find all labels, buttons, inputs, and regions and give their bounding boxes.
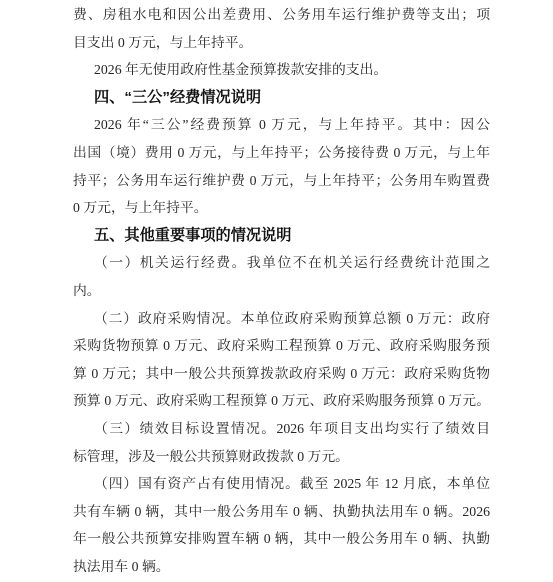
text-line: 2026 年无使用政府性基金预算拨款安排的支出。	[73, 56, 490, 84]
text-line: （三）绩效目标设置情况。2026 年项目支出均实行了绩效目	[73, 415, 490, 443]
document-page: 费、房租水电和因公出差费用、公务用车运行维护费等支出；项目支出 0 万元，与上年…	[0, 0, 553, 582]
text-line: 采购货物预算 0 万元、政府采购工程预算 0 万元、政府采购服务预	[73, 332, 490, 360]
text-line: 执法用车 0 辆。	[73, 553, 490, 581]
text-line: 共有车辆 0 辆，其中一般公务用车 0 辆、执勤执法用车 0 辆。2026	[73, 498, 490, 526]
text-line: 年一般公共预算安排购置车辆 0 辆，其中一般公务用车 0 辆、执勤	[73, 525, 490, 553]
text-line: 0 万元，与上年持平。	[73, 194, 490, 222]
text-line: 标管理，涉及一般公共预算财政拨款 0 万元。	[73, 443, 490, 471]
text-line: （一）机关运行经费。我单位不在机关运行经费统计范围之	[73, 249, 490, 277]
section-heading: 五、其他重要事项的情况说明	[73, 222, 490, 250]
document-body: 费、房租水电和因公出差费用、公务用车运行维护费等支出；项目支出 0 万元，与上年…	[73, 1, 490, 580]
text-line: 内。	[73, 277, 490, 305]
section-heading: 四、“三公”经费情况说明	[73, 84, 490, 112]
text-line: 目支出 0 万元，与上年持平。	[73, 29, 490, 57]
text-line: 算 0 万元；其中一般公共预算拨款政府采购 0 万元：政府采购货物	[73, 360, 490, 388]
text-line: 出国（境）费用 0 万元，与上年持平；公务接待费 0 万元，与上年	[73, 139, 490, 167]
text-line: 预算 0 万元、政府采购工程预算 0 万元、政府采购服务预算 0 万元。	[73, 387, 490, 415]
text-line: （二）政府采购情况。本单位政府采购预算总额 0 万元：政府	[73, 305, 490, 333]
text-line: 2026 年“三公”经费预算 0 万元，与上年持平。其中：因公	[73, 111, 490, 139]
text-line: （四）国有资产占有使用情况。截至 2025 年 12 月底，本单位	[73, 470, 490, 498]
text-line: 费、房租水电和因公出差费用、公务用车运行维护费等支出；项	[73, 1, 490, 29]
text-line: 持平；公务用车运行维护费 0 万元，与上年持平；公务用车购置费	[73, 167, 490, 195]
